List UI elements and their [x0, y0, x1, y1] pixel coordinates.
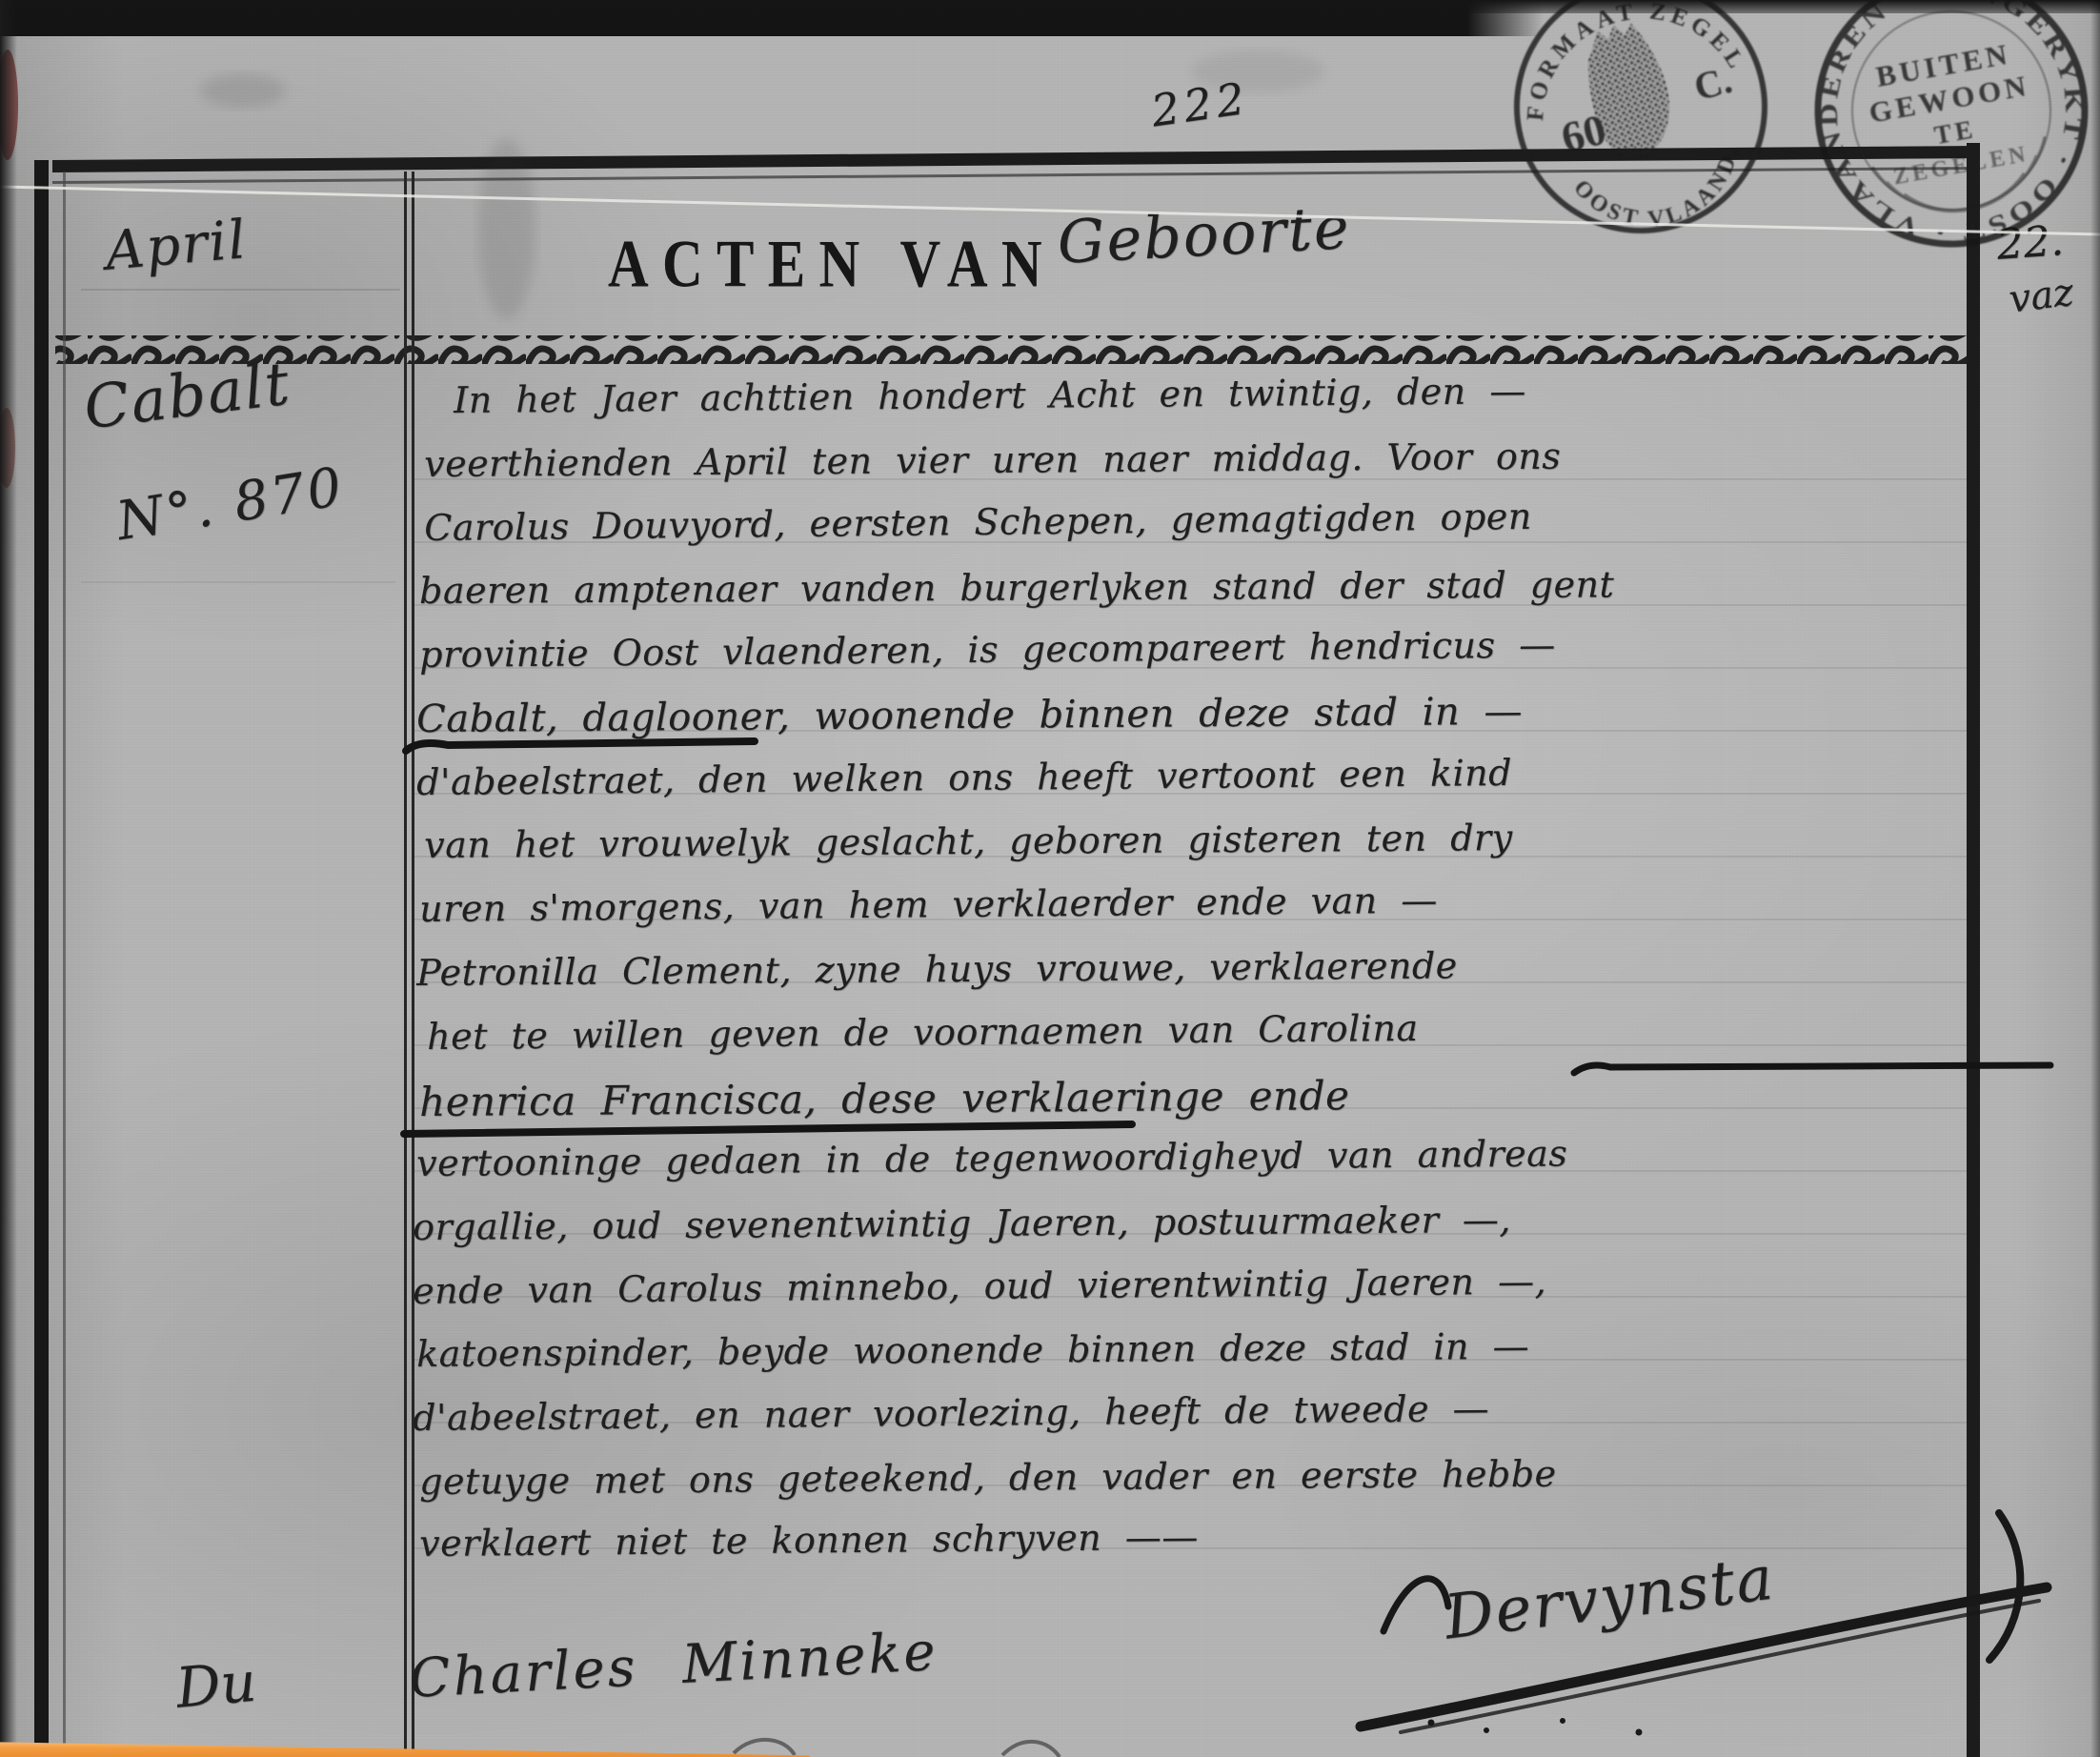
margin-bottom-note: Du: [173, 1649, 258, 1721]
act-line: van het vrouwelyk geslacht, geboren gist…: [424, 817, 1513, 866]
scan-edge-left: [0, 0, 17, 1757]
act-line: baeren amptenaer vanden burgerlyken stan…: [419, 563, 1614, 612]
corner-number: 22.: [1995, 216, 2065, 270]
act-line: het te willen geven de voornaemen van Ca…: [427, 1007, 1419, 1058]
scan-edge-right: [2090, 0, 2100, 1757]
act-line: Cabalt, daglooner, woonende binnen deze …: [416, 690, 1523, 741]
corner-note: vaz: [2007, 271, 2076, 322]
scan-edge-top-thin: [0, 0, 2100, 13]
register-page-scan: April Cabalt N°. 870 Du 222 ACTEN VAN Ge…: [0, 0, 2100, 1757]
act-line: henrica Francisca, dese verklaeringe end…: [419, 1072, 1350, 1125]
margin-rule: [81, 289, 400, 291]
act-line: getuyge met ons geteekend, den vader en …: [419, 1453, 1557, 1503]
header-printed-title: ACTEN VAN: [608, 225, 1056, 303]
act-line: verklaert niet te konnen schryven ——: [419, 1516, 1199, 1565]
act-line: orgallie, oud sevenentwintig Jaeren, pos…: [413, 1199, 1511, 1248]
act-line: Petronilla Clement, zyne huys vrouwe, ve…: [416, 944, 1458, 994]
act-line: uren s'morgens, van hem verklaerder ende…: [419, 879, 1438, 930]
margin-month: April: [103, 209, 250, 283]
margin-rule: [81, 581, 395, 583]
act-line: katoenspinder, beyde woonende binnen dez…: [416, 1325, 1529, 1375]
act-line: veerthienden April ten vier uren naer mi…: [424, 435, 1561, 485]
